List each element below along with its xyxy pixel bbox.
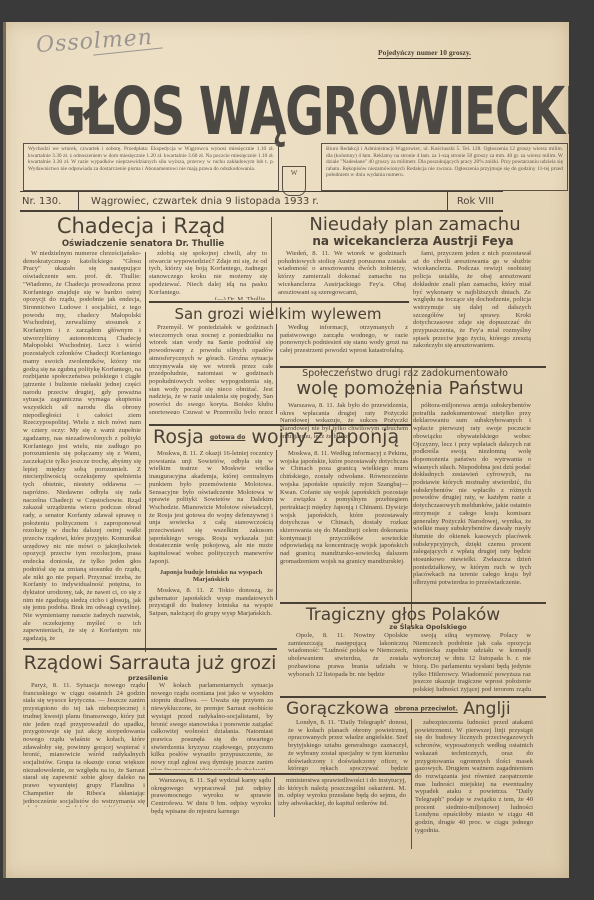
scan-background-right (569, 0, 594, 900)
article-headline: Rosja gotowa do wojny z Japonją (153, 426, 413, 448)
column-divider (147, 682, 148, 807)
page-edge (3, 22, 6, 878)
section-rule (149, 773, 411, 775)
article-headline: wolę pomożenia Państwu (290, 378, 530, 399)
headline-kicker: obrona przeciwlot. (395, 706, 458, 713)
volume-year: Rok VIII (447, 192, 503, 210)
article-headline: Tragiczny głos Polaków (293, 605, 513, 625)
newspaper-page: Ossolmen Pojedyńczy numer 10 groszy. GŁO… (3, 22, 569, 878)
price-note: Pojedyńczy numer 10 groszy. (378, 48, 471, 59)
subscription-info-box: Wychodzi we wtorek, czwartek i sobotę. P… (23, 143, 279, 191)
column-divider (276, 324, 277, 414)
issue-date: Wągrowiec, czwartek dnia 9 listopada 193… (79, 196, 447, 207)
article-subhead: Oświadczenie senatora Dr. Thullie (48, 239, 238, 249)
column-divider (411, 719, 412, 849)
article-column: ministerstwa sprawiedliwości i do instyt… (278, 777, 406, 817)
section-rule (23, 648, 277, 650)
article-column: fami, przyczem jeden z nich pozostawał a… (413, 250, 531, 370)
article-headline: Chadecja i Rząd (51, 214, 231, 238)
column-divider (276, 450, 277, 600)
article-column: zabezpieczenia ludności przed atakami po… (415, 719, 533, 849)
article-column: Według informacji, otrzymanych z państwo… (280, 324, 408, 364)
article-headline: Nieudały plan zamachu (280, 214, 550, 235)
article-column: Moskwa, 8. 11. Z okazji 16-letniej roczn… (149, 450, 273, 680)
article-headline: San grozi wielkim wylewem (173, 305, 383, 323)
article-column: Wiedeń, 8. 11. We wtorek w godzinach poł… (278, 250, 406, 300)
article-column: Opole, 8. 11. Nowiny Opolskie zamieszcza… (288, 632, 408, 682)
article-column: Paryż, 8. 11. Sytuacja nowego rządu fran… (23, 682, 145, 807)
section-rule (280, 602, 546, 604)
article-column: swoją silną wymowę. Polacy w Niemczech p… (413, 632, 531, 694)
article-column: zdobią się spokojnej chwili, aby to otwa… (149, 250, 267, 300)
column-divider (411, 367, 412, 627)
article-signature: (—) Dr. M. Thullie. (149, 296, 267, 300)
article-column: W kołach parlamentarnych sytuacja nowego… (151, 682, 273, 770)
section-rule (280, 696, 546, 698)
article-column: Przemyśl. W poniedziałek w godzinach wie… (149, 324, 273, 414)
handwritten-library-mark: Ossolmen (35, 25, 153, 58)
article-subhead: ze Śląska Opolskiego (373, 623, 483, 631)
dateline-bar: Nr. 130. Wągrowiec, czwartek dnia 9 list… (20, 191, 503, 212)
article-subhead: Japonja buduje lotnisko na wyspach Marja… (149, 569, 273, 584)
article-column: Moskwa, 8. 11. Według informacyj z Pekin… (280, 450, 408, 600)
article-column: Warszawa, 8. 11. Sąd wydział karny sądu … (151, 777, 271, 817)
advertising-info-box: Biuro Redakcji i Administracji Wągrowiec… (321, 143, 568, 191)
article-subhead: przesilenie (118, 674, 178, 682)
column-divider (274, 777, 275, 817)
article-headline: Rządowi Sarrauta już grozi (23, 652, 277, 674)
issue-number: Nr. 130. (20, 192, 79, 210)
article-column: Londyn, 8. 11. "Daily Telegraph" donosi,… (288, 719, 408, 774)
column-divider (145, 252, 146, 652)
article-headline: Gorączkowa obrona przeciwlot. Anglji (286, 699, 548, 719)
article-subhead: na wicekanclerza Austrji Feya (283, 234, 543, 248)
article-column: półtora-miljonowa armja subskrybentów po… (413, 402, 531, 627)
section-rule (149, 301, 409, 303)
headline-kicker: gotowa do (210, 434, 246, 441)
